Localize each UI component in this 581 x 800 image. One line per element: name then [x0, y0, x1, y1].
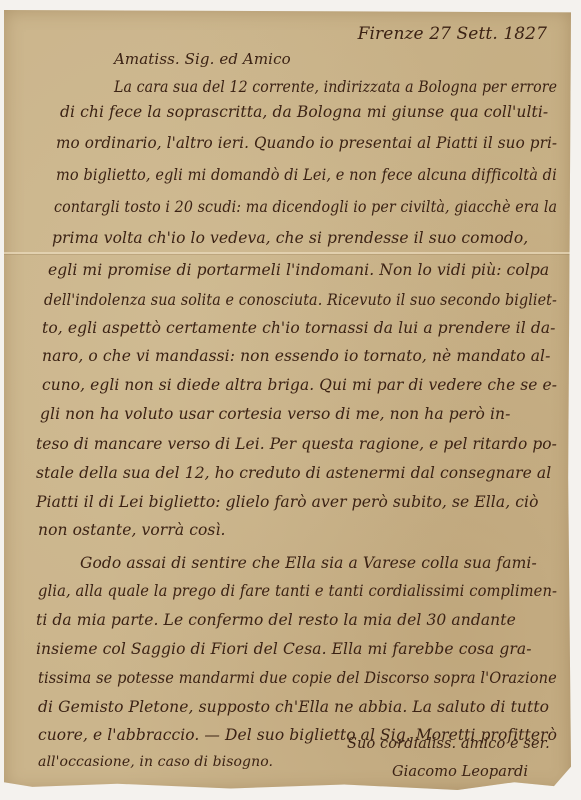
letter-salutation: Amatiss. Sig. ed Amico [114, 50, 291, 68]
body-line: stale della sua del 12, ho creduto di as… [36, 464, 551, 482]
body-line: glia, alla quale la prego di fare tanti … [38, 582, 557, 600]
body-line: naro, o che vi mandassi: non essendo io … [42, 347, 550, 365]
letter-date: Firenze 27 Sett. 1827 [358, 24, 547, 44]
body-line: prima volta ch'io lo vedeva, che si pren… [52, 229, 528, 247]
body-line: cuno, egli non si diede altra briga. Qui… [42, 376, 557, 394]
body-line: Godo assai di sentire che Ella sia a Var… [80, 554, 537, 572]
letter-signature: Giacomo Leopardi [392, 764, 528, 780]
body-line: dell'indolenza sua solita e conosciuta. … [44, 291, 557, 309]
body-line: mo biglietto, egli mi domandò di Lei, e … [56, 166, 557, 184]
body-line: non ostante, vorrà così. [38, 521, 226, 539]
body-line: tissima se potesse mandarmi due copie de… [38, 669, 557, 687]
body-line: contargli tosto i 20 scudi: ma dicendogl… [54, 198, 557, 216]
body-line: di Gemisto Pletone, supposto ch'Ella ne … [38, 698, 549, 716]
body-line: mo ordinario, l'altro ieri. Quando io pr… [56, 134, 557, 152]
body-line: all'occasione, in caso di bisogno. [38, 754, 273, 770]
body-line: gli non ha voluto usar cortesia verso di… [40, 405, 510, 423]
body-line: di chi fece la soprascritta, da Bologna … [60, 103, 548, 121]
body-line: egli mi promise di portarmeli l'indomani… [48, 261, 549, 279]
body-line: ti da mia parte. Le confermo del resto l… [36, 611, 516, 629]
body-line: teso di mancare verso di Lei. Per questa… [36, 435, 557, 453]
body-line: La cara sua del 12 corrente, indirizzata… [114, 78, 557, 96]
body-line: insieme col Saggio di Fiori del Cesa. El… [36, 640, 532, 658]
letter-closing: Suo cordialiss. amico e ser. [347, 736, 550, 752]
body-line: Piatti il di Lei biglietto: glielo farò … [36, 493, 539, 511]
paper-fold-crease [4, 252, 571, 254]
body-line: to, egli aspettò certamente ch'io tornas… [42, 319, 556, 337]
letter-paper: Firenze 27 Sett. 1827 Amatiss. Sig. ed A… [4, 10, 571, 790]
